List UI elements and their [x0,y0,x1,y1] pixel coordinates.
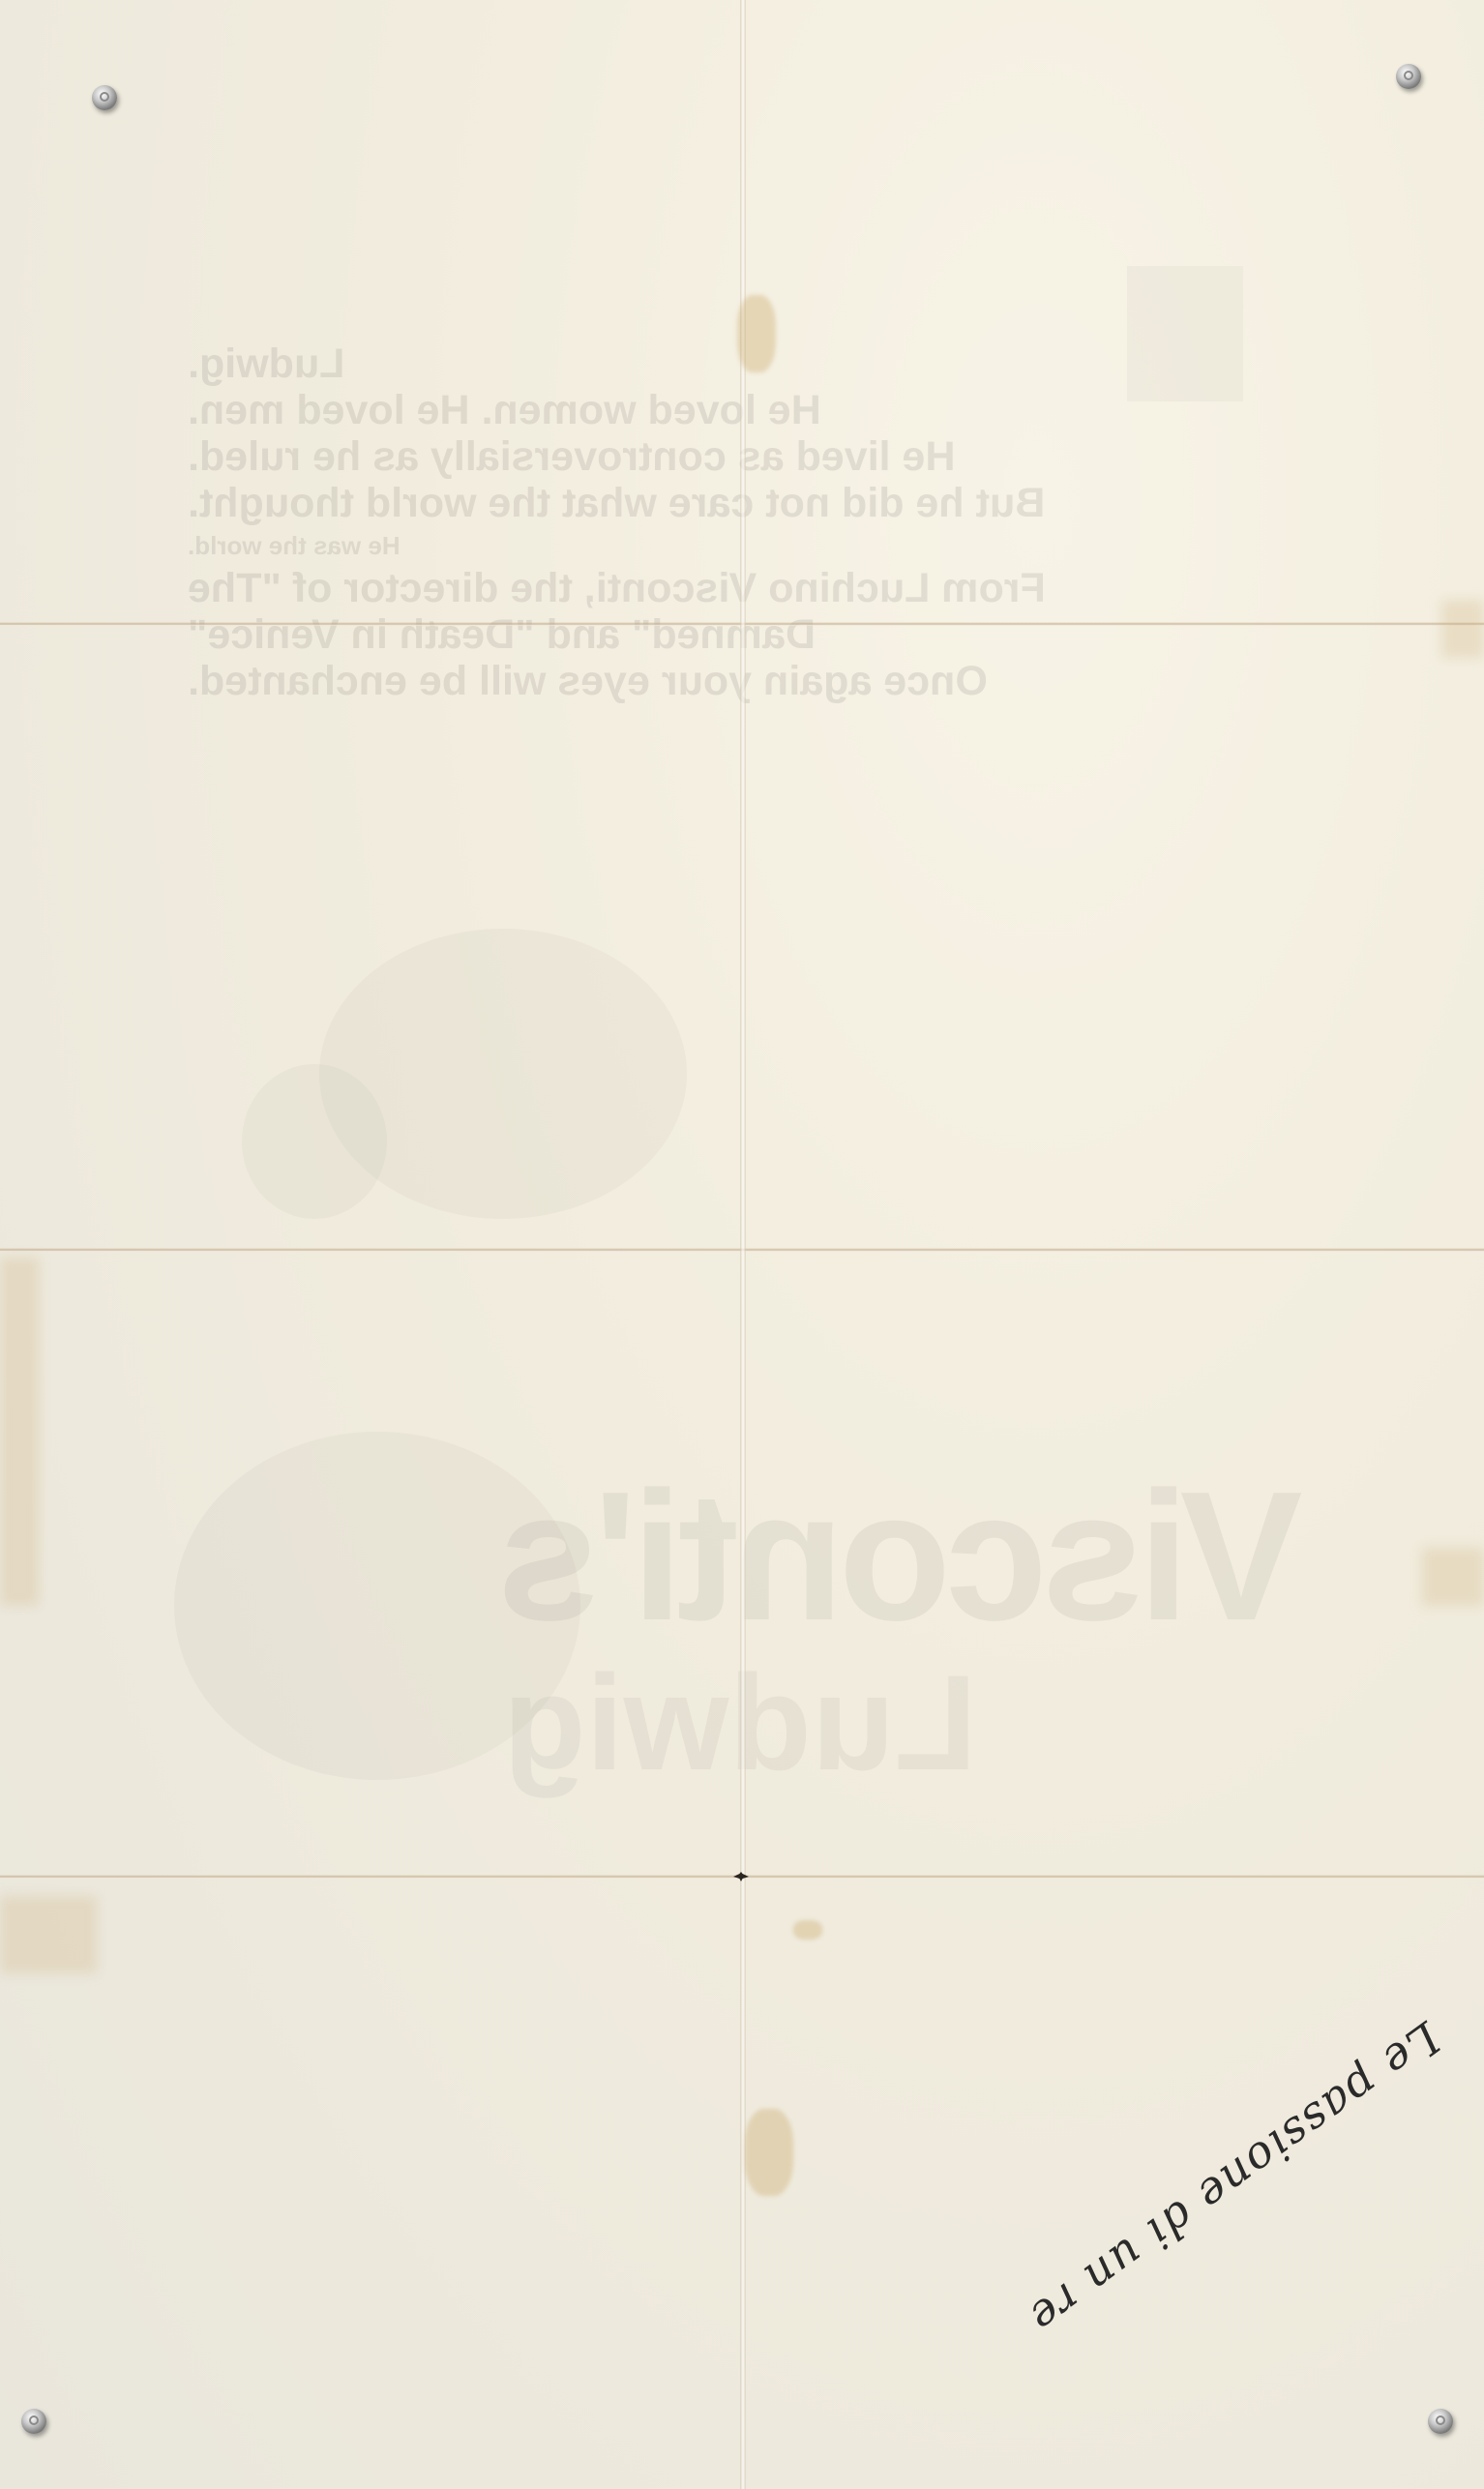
edge-stain [0,1896,97,1973]
pin-bottom-left [21,2409,46,2434]
bleed-line: He lived as controversially as he ruled. [188,433,1252,480]
pin-top-left [92,85,117,110]
bleed-line: Once again your eyes will be enchanted. [188,658,1252,704]
edge-stain [1441,600,1484,658]
bleed-figure [242,1064,387,1219]
pin-bottom-right [1428,2409,1453,2434]
bleed-line: He loved women. He loved men. [188,387,1252,433]
pin-top-right [1396,64,1421,89]
bleed-line: Ludwig. [188,341,1252,387]
bleed-title: Visconti's [503,1451,1302,1662]
bleed-line: From Luchino Visconti, the director of "… [188,565,1252,611]
stain [737,295,776,372]
fold-line-vertical [740,0,746,2489]
stain [745,2109,793,2196]
stain [793,1920,822,1940]
bleed-line: Damned" and "Death in Venice" [188,611,1252,658]
bleed-through-tagline: Ludwig. He loved women. He loved men. He… [188,341,1252,704]
edge-stain [1422,1548,1484,1606]
edge-stain [0,1258,39,1606]
bleed-line: He was the world. [188,526,1252,565]
bleed-line: But he did not care what the world thoug… [188,480,1252,526]
